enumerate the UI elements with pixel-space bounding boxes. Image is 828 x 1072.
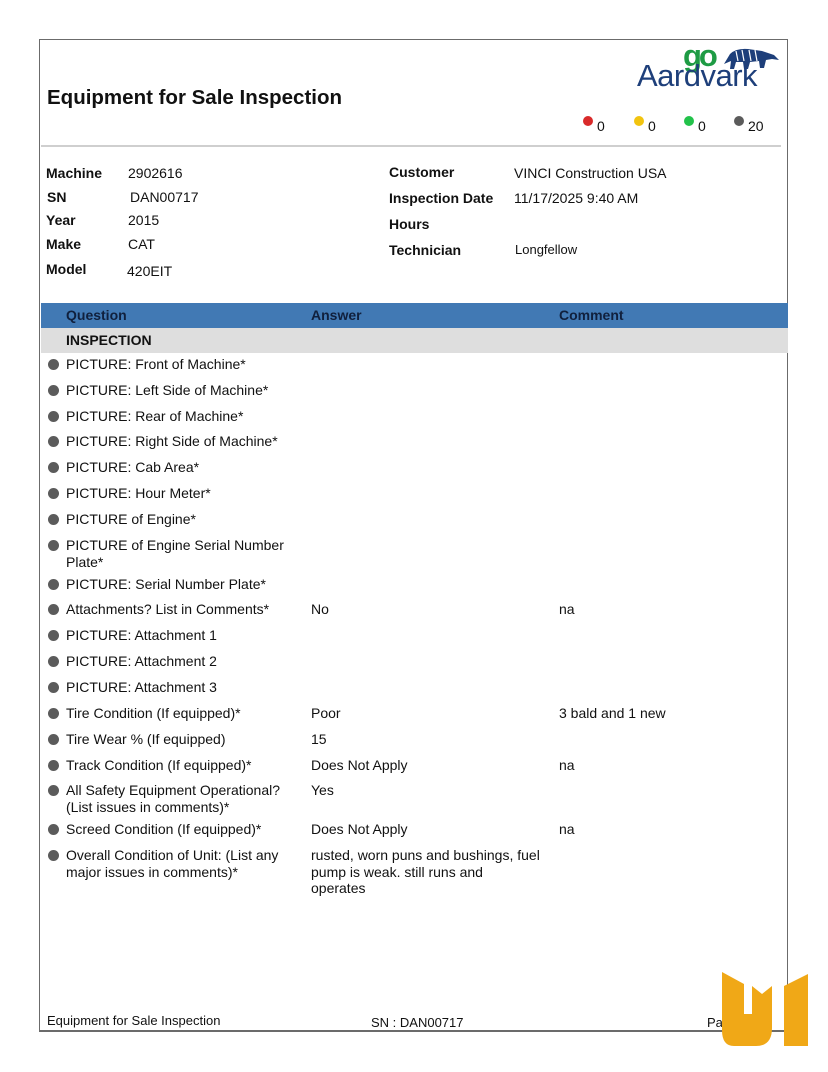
status-bullet-icon [48, 682, 59, 693]
question-cell: PICTURE: Cab Area* [66, 459, 306, 476]
footer-divider [39, 1030, 788, 1032]
status-bullet-icon [48, 462, 59, 473]
column-header-comment: Comment [559, 307, 624, 323]
column-header-question: Question [66, 307, 127, 323]
status-bullet-icon [48, 579, 59, 590]
status-bullet-icon [48, 824, 59, 835]
status-bullet-icon [48, 604, 59, 615]
brand-logo: go Aardvark [636, 44, 782, 96]
answer-cell: Yes [311, 782, 541, 799]
status-bullet-icon [48, 785, 59, 796]
question-cell: PICTURE of Engine Serial Number Plate* [66, 537, 306, 570]
status-bullet-icon [48, 708, 59, 719]
question-cell: PICTURE: Right Side of Machine* [66, 433, 306, 450]
answer-cell: No [311, 601, 541, 618]
status-counts: 0 0 0 20 [0, 114, 828, 134]
question-cell: PICTURE: Left Side of Machine* [66, 382, 306, 399]
year-label: Year [46, 212, 76, 228]
question-cell: Attachments? List in Comments* [66, 601, 306, 618]
column-header-answer: Answer [311, 307, 362, 323]
model-label: Model [46, 261, 86, 277]
technician-label: Technician [389, 242, 461, 258]
status-bullet-icon [48, 540, 59, 551]
section-header: INSPECTION [41, 328, 788, 353]
status-bullet-icon [48, 359, 59, 370]
question-cell: PICTURE: Hour Meter* [66, 485, 306, 502]
comment-cell: na [559, 601, 779, 618]
status-bullet-icon [48, 385, 59, 396]
question-cell: Overall Condition of Unit: (List any maj… [66, 847, 306, 880]
status-bullet-icon [48, 514, 59, 525]
question-cell: PICTURE: Attachment 1 [66, 627, 306, 644]
section-title: INSPECTION [66, 332, 152, 348]
red-dot-icon [583, 116, 593, 126]
hours-label: Hours [389, 216, 429, 232]
answer-cell: Does Not Apply [311, 757, 541, 774]
sn-value: DAN00717 [130, 189, 199, 205]
question-cell: PICTURE: Front of Machine* [66, 356, 306, 373]
status-bullet-icon [48, 760, 59, 771]
status-bullet-icon [48, 850, 59, 861]
question-cell: Tire Condition (If equipped)* [66, 705, 306, 722]
answer-cell: 15 [311, 731, 541, 748]
status-bullet-icon [48, 488, 59, 499]
question-cell: Screed Condition (If equipped)* [66, 821, 306, 838]
question-cell: Tire Wear % (If equipped) [66, 731, 306, 748]
question-cell: PICTURE: Rear of Machine* [66, 408, 306, 425]
machine-label: Machine [46, 165, 102, 181]
footer-title: Equipment for Sale Inspection [47, 1013, 220, 1028]
footer-serial: SN : DAN00717 [371, 1015, 464, 1030]
comment-cell: na [559, 757, 779, 774]
yellow-dot-icon [634, 116, 644, 126]
answer-cell: Does Not Apply [311, 821, 541, 838]
make-label: Make [46, 236, 81, 252]
question-cell: PICTURE of Engine* [66, 511, 306, 528]
status-bullet-icon [48, 630, 59, 641]
question-cell: Track Condition (If equipped)* [66, 757, 306, 774]
inspection-date-label: Inspection Date [389, 190, 493, 206]
technician-value: Longfellow [515, 242, 577, 257]
status-bullet-icon [48, 411, 59, 422]
inspection-date-value: 11/17/2025 9:40 AM [514, 190, 638, 206]
question-cell: PICTURE: Attachment 2 [66, 653, 306, 670]
year-value: 2015 [128, 212, 159, 228]
table-header: Question Answer Comment [41, 303, 788, 328]
sn-label: SN [47, 189, 66, 205]
comment-cell: 3 bald and 1 new [559, 705, 779, 722]
model-value: 420EIT [127, 263, 172, 279]
customer-label: Customer [389, 164, 454, 180]
status-bullet-icon [48, 734, 59, 745]
green-dot-icon [684, 116, 694, 126]
comment-cell: na [559, 821, 779, 838]
answer-cell: rusted, worn puns and bushings, fuel pum… [311, 847, 541, 897]
answer-cell: Poor [311, 705, 541, 722]
make-value: CAT [128, 236, 155, 252]
gray-dot-icon [734, 116, 744, 126]
header-divider [41, 145, 781, 147]
question-cell: PICTURE: Attachment 3 [66, 679, 306, 696]
watermark-logo-icon [722, 972, 810, 1046]
logo-aardvark-text: Aardvark [637, 58, 757, 94]
status-bullet-icon [48, 436, 59, 447]
status-bullet-icon [48, 656, 59, 667]
customer-value: VINCI Construction USA [514, 165, 667, 181]
question-cell: All Safety Equipment Operational? (List … [66, 782, 306, 815]
page-title: Equipment for Sale Inspection [47, 86, 342, 110]
machine-value: 2902616 [128, 165, 183, 181]
question-cell: PICTURE: Serial Number Plate* [66, 576, 306, 593]
